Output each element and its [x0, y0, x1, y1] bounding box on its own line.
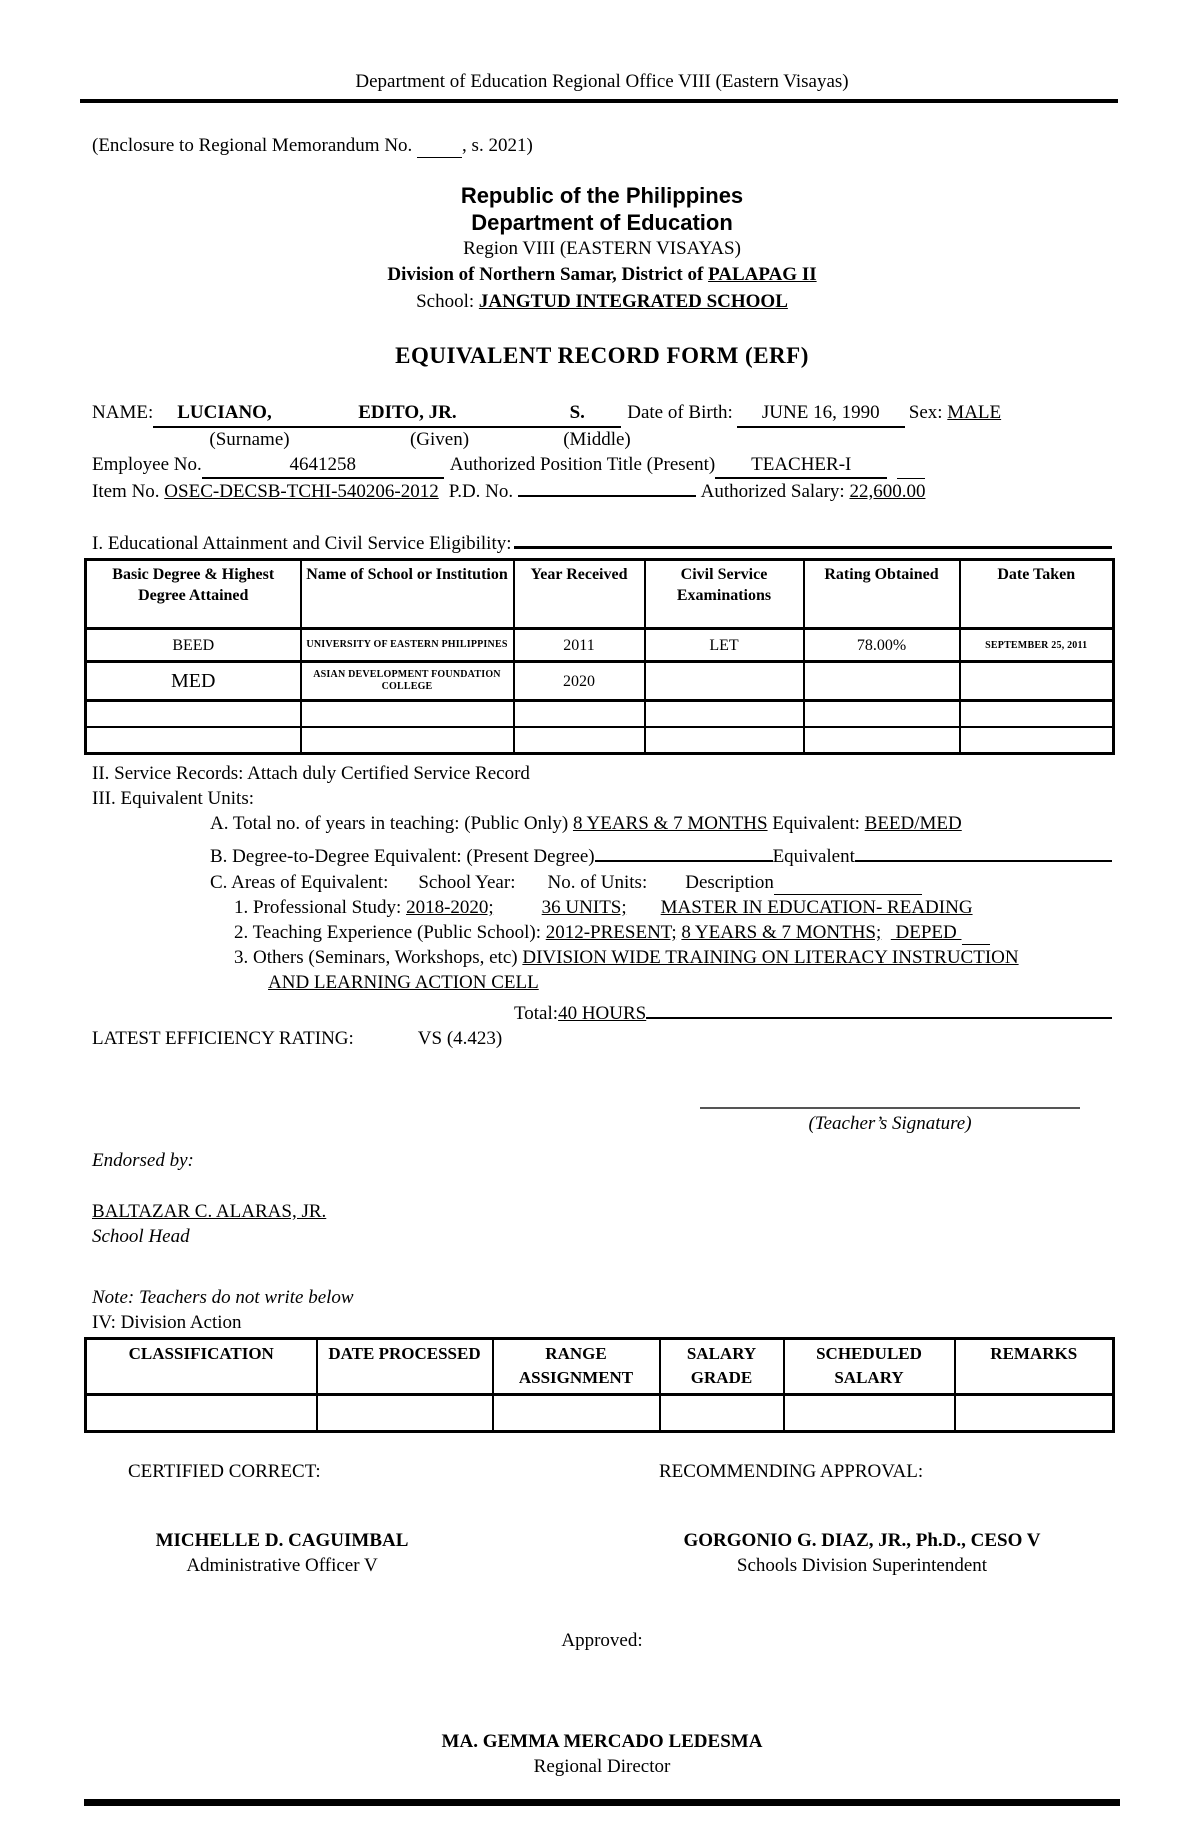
- item-no-label: Item No.: [92, 481, 164, 502]
- educ-col-date: Date Taken: [960, 560, 1114, 629]
- educ-header-row: Basic Degree & Highest Degree Attained N…: [86, 560, 1114, 629]
- middle-caption: (Middle): [532, 428, 662, 452]
- col-salary-grade: SALARY GRADE: [660, 1339, 784, 1395]
- school-cell: [301, 727, 514, 754]
- regional-director-name: MA. GEMMA MERCADO LEDESMA: [92, 1729, 1112, 1754]
- degree-cell: [86, 727, 301, 754]
- prof-study-row: 1. Professional Study: 2018-2020;36 UNIT…: [92, 895, 1112, 920]
- salary-label: Authorized Salary:: [701, 481, 850, 502]
- year-cell: [514, 727, 645, 754]
- item-a-equiv-label: Equivalent:: [768, 813, 865, 834]
- memo-number-blank: [417, 137, 462, 158]
- teaching-exp-year: 2012-PRESENT;: [546, 922, 677, 943]
- exam-cell: [645, 727, 804, 754]
- form-title: EQUIVALENT RECORD FORM (ERF): [92, 342, 1112, 370]
- name-row: NAME:LUCIANO,EDITO, JR.S.Date of Birth:J…: [92, 400, 1112, 428]
- total-trailing-blank: [646, 995, 1112, 1019]
- teaching-exp-length: 8 YEARS & 7 MONTHS;: [681, 922, 881, 943]
- approval-row: CERTIFIED CORRECT: MICHELLE D. CAGUIMBAL…: [92, 1459, 1112, 1578]
- division-line: Division of Northern Samar, District of …: [92, 262, 1112, 288]
- section1-heading-text: I. Educational Attainment and Civil Serv…: [92, 531, 512, 556]
- efficiency-rating-value: VS (4.423): [418, 1028, 502, 1049]
- scheduled-salary-cell: [784, 1395, 955, 1432]
- others-label: 3. Others (Seminars, Workshops, etc): [234, 947, 522, 968]
- enclosure-suffix: , s. 2021): [462, 135, 533, 156]
- item-b-label: B. Degree-to-Degree Equivalent: (Present…: [210, 843, 595, 870]
- col-remarks: REMARKS: [955, 1339, 1114, 1395]
- division-action-table: CLASSIFICATION DATE PROCESSED RANGE ASSI…: [84, 1337, 1115, 1433]
- teaching-exp-agency: DEPED: [891, 922, 962, 943]
- educ-col-year: Year Received: [514, 560, 645, 629]
- given-caption: (Given): [347, 428, 532, 452]
- approved-label: Approved:: [92, 1628, 1112, 1653]
- certified-correct-label: CERTIFIED CORRECT:: [92, 1459, 472, 1484]
- section2-heading: II. Service Records: Attach duly Certifi…: [92, 761, 1112, 786]
- recommending-approval-block: RECOMMENDING APPROVAL: GORGONIO G. DIAZ,…: [632, 1459, 1092, 1578]
- year-cell: 2020: [514, 662, 645, 701]
- rating-cell: [804, 701, 960, 728]
- description-blank: [774, 874, 922, 895]
- date-taken-cell: [960, 662, 1114, 701]
- division-header-row: CLASSIFICATION DATE PROCESSED RANGE ASSI…: [86, 1339, 1114, 1395]
- others-row: 3. Others (Seminars, Workshops, etc) DIV…: [92, 945, 1112, 970]
- school-head-name-text: BALTAZAR C. ALARAS, JR.: [92, 1201, 326, 1222]
- item-c-label: C. Areas of Equivalent:: [210, 872, 388, 893]
- units-label: No. of Units:: [547, 872, 647, 893]
- item-b-row: B. Degree-to-Degree Equivalent: (Present…: [92, 838, 1112, 870]
- equiv-trailing-blank: [855, 838, 1112, 862]
- header-rule: [80, 99, 1118, 103]
- section3-heading: III. Equivalent Units:: [92, 786, 1112, 811]
- rating-cell: [804, 727, 960, 754]
- admin-officer-title: Administrative Officer V: [92, 1553, 472, 1578]
- year-cell: [514, 701, 645, 728]
- degree-equiv-blank: [595, 860, 773, 862]
- prof-study-units: 36 UNITS;: [542, 897, 627, 918]
- section4-heading: IV: Division Action: [92, 1310, 1112, 1335]
- year-cell: 2011: [514, 629, 645, 662]
- item-c-row: C. Areas of Equivalent:School Year:No. o…: [92, 870, 1112, 895]
- exam-cell: LET: [645, 629, 804, 662]
- enclosure-note: (Enclosure to Regional Memorandum No. , …: [92, 133, 1112, 158]
- prof-study-year: 2018-2020;: [406, 897, 494, 918]
- teacher-signature-block: (Teacher’s Signature): [700, 1107, 1080, 1136]
- educ-row-med: MED ASIAN DEVELOPMENT FOUNDATION COLLEGE…: [86, 662, 1114, 701]
- educational-attainment-table: Basic Degree & Highest Degree Attained N…: [84, 558, 1115, 755]
- exam-cell: [645, 662, 804, 701]
- educ-col-rating: Rating Obtained: [804, 560, 960, 629]
- item-no-value: OSEC-DECSB-TCHI-540206-2012: [164, 481, 438, 502]
- name-label: NAME:: [92, 402, 153, 423]
- given-value: EDITO, JR.: [348, 400, 533, 426]
- col-scheduled-salary: SCHEDULED SALARY: [784, 1339, 955, 1395]
- educ-col-degree: Basic Degree & Highest Degree Attained: [86, 560, 301, 629]
- rating-cell: 78.00%: [804, 629, 960, 662]
- pd-no-blank: [518, 495, 696, 497]
- division-empty-row: [86, 1395, 1114, 1432]
- years-teaching-value: 8 YEARS & 7 MONTHS: [573, 813, 768, 834]
- salary-grade-cell: [660, 1395, 784, 1432]
- erf-document-page: Department of Education Regional Office …: [0, 0, 1200, 1835]
- note-line: Note: Teachers do not write below: [92, 1285, 1112, 1310]
- name-captions: (Surname)(Given)(Middle): [92, 428, 1200, 452]
- school-line: School: JANGTUD INTEGRATED SCHOOL: [92, 288, 1112, 316]
- total-value: 40 HOURS: [558, 1001, 646, 1026]
- date-taken-cell: [960, 727, 1114, 754]
- school-cell: UNIVERSITY OF EASTERN PHILIPPINES: [301, 629, 514, 662]
- item-b-equiv-label: Equivalent: [773, 843, 855, 870]
- district-name: PALAPAG II: [708, 264, 817, 285]
- total-row: Total: 40 HOURS: [92, 995, 1112, 1026]
- educ-row-empty: [86, 701, 1114, 728]
- range-assignment-cell: [493, 1395, 660, 1432]
- department-line: Department of Education: [92, 209, 1112, 236]
- remarks-cell: [955, 1395, 1114, 1432]
- section1-heading: I. Educational Attainment and Civil Serv…: [92, 526, 1112, 556]
- others-row-cont: AND LEARNING ACTION CELL: [92, 970, 1112, 995]
- endorsed-by-label: Endorsed by:: [92, 1148, 1112, 1173]
- region-line: Region VIII (EASTERN VISAYAS): [92, 236, 1112, 262]
- recommending-approval-label: RECOMMENDING APPROVAL:: [632, 1459, 1092, 1484]
- employee-row: Employee No.4641258Authorized Position T…: [92, 452, 1112, 479]
- description-label: Description: [685, 872, 774, 893]
- educ-col-school: Name of School or Institution: [301, 560, 514, 629]
- salary-value: 22,600.00: [849, 481, 925, 502]
- middle-value: S.: [533, 400, 621, 426]
- efficiency-rating-row: LATEST EFFICIENCY RATING:VS (4.423): [92, 1026, 1112, 1051]
- position-label: Authorized Position Title (Present): [450, 454, 715, 475]
- school-cell: ASIAN DEVELOPMENT FOUNDATION COLLEGE: [301, 662, 514, 701]
- superintendent-name: GORGONIO G. DIAZ, JR., Ph.D., CESO V: [632, 1528, 1092, 1553]
- equivalent-degree-value: BEED/MED: [865, 813, 962, 834]
- school-year-label: School Year:: [418, 872, 515, 893]
- enclosure-prefix: (Enclosure to Regional Memorandum No.: [92, 135, 417, 156]
- school-head-name: BALTAZAR C. ALARAS, JR.: [92, 1199, 1112, 1224]
- employee-no-label: Employee No.: [92, 454, 202, 475]
- degree-cell: [86, 701, 301, 728]
- division-prefix: Division of Northern Samar, District of: [387, 264, 708, 285]
- degree-cell: BEED: [86, 629, 301, 662]
- item-a-label: A. Total no. of years in teaching: (Publ…: [210, 813, 573, 834]
- col-range-assignment: RANGE ASSIGNMENT: [493, 1339, 660, 1395]
- teaching-exp-row: 2. Teaching Experience (Public School): …: [92, 920, 1112, 945]
- deped-trailing-blank: [962, 924, 990, 945]
- school-name: JANGTUD INTEGRATED SCHOOL: [479, 291, 788, 312]
- certified-correct-block: CERTIFIED CORRECT: MICHELLE D. CAGUIMBAL…: [92, 1459, 472, 1578]
- position-value: TEACHER-I: [715, 452, 887, 479]
- school-cell: [301, 701, 514, 728]
- footer-rule: [84, 1799, 1120, 1806]
- prof-study-label: 1. Professional Study:: [234, 897, 406, 918]
- item-row: Item No. OSEC-DECSB-TCHI-540206-2012P.D.…: [92, 479, 1112, 504]
- school-head-title: School Head: [92, 1224, 1112, 1249]
- col-date-processed: DATE PROCESSED: [317, 1339, 493, 1395]
- heading-rule: [514, 526, 1112, 549]
- item-a-row: A. Total no. of years in teaching: (Publ…: [92, 811, 1112, 836]
- total-label: Total:: [514, 1001, 558, 1026]
- school-label: School:: [416, 291, 479, 312]
- teacher-signature-caption: (Teacher’s Signature): [700, 1111, 1080, 1136]
- col-classification: CLASSIFICATION: [86, 1339, 317, 1395]
- sex-label: Sex:: [909, 402, 943, 423]
- office-header-line: Department of Education Regional Office …: [92, 0, 1112, 94]
- admin-officer-name: MICHELLE D. CAGUIMBAL: [92, 1528, 472, 1553]
- teaching-exp-label: 2. Teaching Experience (Public School):: [234, 922, 546, 943]
- others-value-line1: DIVISION WIDE TRAINING ON LITERACY INSTR…: [522, 947, 1018, 968]
- others-value-line2: AND LEARNING ACTION CELL: [268, 972, 539, 993]
- surname-value: LUCIANO,: [153, 400, 348, 426]
- educ-col-exam: Civil Service Examinations: [645, 560, 804, 629]
- educ-row-empty: [86, 727, 1114, 754]
- sex-value: MALE: [947, 402, 1001, 423]
- employee-no-value: 4641258: [202, 452, 444, 479]
- dob-value: JUNE 16, 1990: [737, 400, 905, 428]
- dob-label: Date of Birth:: [627, 402, 733, 423]
- name-underline: LUCIANO,EDITO, JR.S.: [153, 400, 621, 428]
- regional-director-title: Regional Director: [92, 1754, 1112, 1779]
- classification-cell: [86, 1395, 317, 1432]
- rating-cell: [804, 662, 960, 701]
- prof-study-desc: MASTER IN EDUCATION- READING: [661, 897, 973, 918]
- exam-cell: [645, 701, 804, 728]
- republic-line: Republic of the Philippines: [92, 182, 1112, 209]
- superintendent-title: Schools Division Superintendent: [632, 1553, 1092, 1578]
- degree-cell: MED: [86, 662, 301, 701]
- position-extra-blank: [897, 458, 925, 479]
- date-taken-cell: SEPTEMBER 25, 2011: [960, 629, 1114, 662]
- efficiency-rating-label: LATEST EFFICIENCY RATING:: [92, 1028, 354, 1049]
- surname-caption: (Surname): [152, 428, 347, 452]
- date-taken-cell: [960, 701, 1114, 728]
- educ-row-beed: BEED UNIVERSITY OF EASTERN PHILIPPINES 2…: [86, 629, 1114, 662]
- date-processed-cell: [317, 1395, 493, 1432]
- pd-no-label: P.D. No.: [449, 481, 513, 502]
